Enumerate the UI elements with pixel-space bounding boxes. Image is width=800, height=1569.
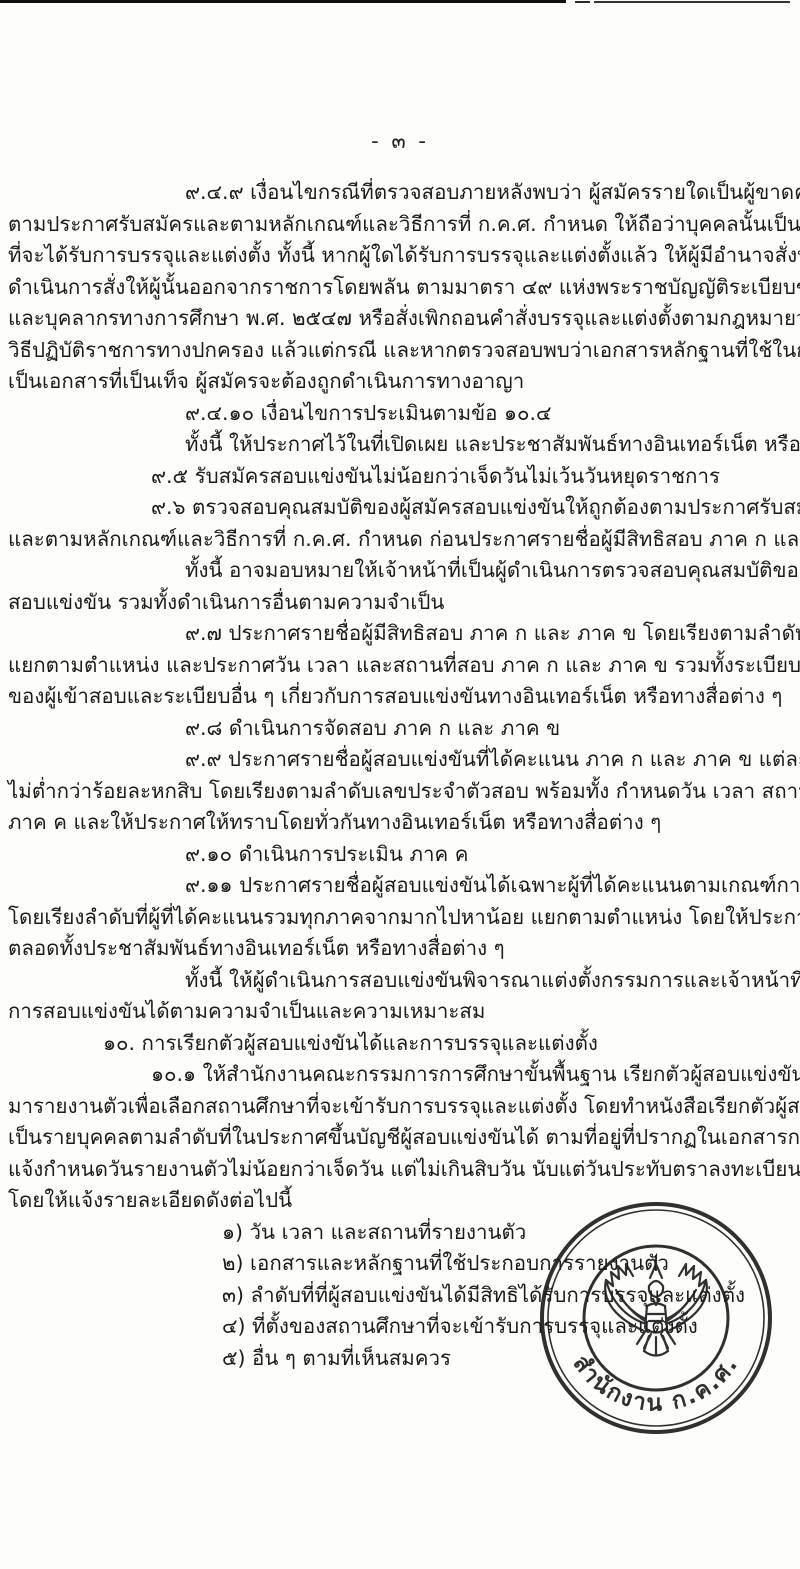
text-line: ที่จะได้รับการบรรจุและแต่งตั้ง ทั้งนี้ ห… xyxy=(0,240,800,272)
text-line: เป็นรายบุคคลตามลำดับที่ในประกาศขึ้นบัญชี… xyxy=(0,1122,800,1154)
garuda-emblem-icon xyxy=(605,1256,707,1356)
text-line: และบุคลากรทางการศึกษา พ.ศ. ๒๕๔๗ หรือสั่ง… xyxy=(0,303,800,335)
text-line: มารายงานตัวเพื่อเลือกสถานศึกษาที่จะเข้าร… xyxy=(0,1091,800,1123)
text-line: ทั้งนี้ ให้ผู้ดำเนินการสอบแข่งขันพิจารณา… xyxy=(0,965,800,997)
scan-artifact-line xyxy=(0,0,566,3)
text-line: ๙.๑๐ ดำเนินการประเมิน ภาค ค xyxy=(0,839,800,871)
text-line: ๙.๖ ตรวจสอบคุณสมบัติของผู้สมัครสอบแข่งขั… xyxy=(0,492,800,524)
text-line: ๙.๘ ดำเนินการจัดสอบ ภาค ก และ ภาค ข xyxy=(0,713,800,745)
document-body: ๙.๔.๙ เงื่อนไขกรณีที่ตรวจสอบภายหลังพบว่า… xyxy=(0,177,800,1374)
text-line: ๙.๔.๙ เงื่อนไขกรณีที่ตรวจสอบภายหลังพบว่า… xyxy=(0,177,800,209)
text-line: ๑๐. การเรียกตัวผู้สอบแข่งขันได้และการบรร… xyxy=(0,1028,800,1060)
text-line: ๙.๑๑ ประกาศรายชื่อผู้สอบแข่งขันได้เฉพาะผ… xyxy=(0,870,800,902)
text-line: ดำเนินการสั่งให้ผู้นั้นออกจากราชการโดยพล… xyxy=(0,272,800,304)
text-line: แจ้งกำหนดวันรายงานตัวไม่น้อยกว่าเจ็ดวัน … xyxy=(0,1154,800,1186)
text-line: ๙.๔.๑๐ เงื่อนไขการประเมินตามข้อ ๑๐.๔ xyxy=(0,398,800,430)
text-line: ตลอดทั้งประชาสัมพันธ์ทางอินเทอร์เน็ต หรื… xyxy=(0,933,800,965)
text-line: โดยเรียงลำดับที่ผู้ที่ได้คะแนนรวมทุกภาคจ… xyxy=(0,902,800,934)
text-line: ทั้งนี้ ให้ประกาศไว้ในที่เปิดเผย และประช… xyxy=(0,429,800,461)
text-line: และตามหลักเกณฑ์และวิธีการที่ ก.ค.ศ. กำหน… xyxy=(0,524,800,556)
scan-artifact-dash xyxy=(575,1,590,3)
text-line: ทั้งนี้ อาจมอบหมายให้เจ้าหน้าที่เป็นผู้ด… xyxy=(0,555,800,587)
text-line: ของผู้เข้าสอบและระเบียบอื่น ๆ เกี่ยวกับก… xyxy=(0,681,800,713)
scan-artifact-line-thin xyxy=(594,1,790,3)
text-line: ๙.๙ ประกาศรายชื่อผู้สอบแข่งขันที่ได้คะแน… xyxy=(0,744,800,776)
text-line: ภาค ค และให้ประกาศให้ทราบโดยทั่วกันทางอิ… xyxy=(0,807,800,839)
page-number: - ๓ - xyxy=(0,125,800,158)
text-line: แยกตามตำแหน่ง และประกาศวัน เวลา และสถานท… xyxy=(0,650,800,682)
text-line: การสอบแข่งขันได้ตามความจำเป็นและความเหมา… xyxy=(0,996,800,1028)
text-line: ๑๐.๑ ให้สำนักงานคณะกรรมการการศึกษาขั้นพื… xyxy=(0,1059,800,1091)
official-seal-stamp: สำนักงาน ก.ค.ศ. xyxy=(536,1198,776,1438)
text-line: เป็นเอกสารที่เป็นเท็จ ผู้สมัครจะต้องถูกด… xyxy=(0,366,800,398)
text-line: วิธีปฏิบัติราชการทางปกครอง แล้วแต่กรณี แ… xyxy=(0,335,800,367)
document-page: - ๓ - ๙.๔.๙ เงื่อนไขกรณีที่ตรวจสอบภายหลั… xyxy=(0,0,800,1569)
text-line: สอบแข่งขัน รวมทั้งดำเนินการอื่นตามความจำ… xyxy=(0,587,800,619)
text-line: ๙.๗ ประกาศรายชื่อผู้มีสิทธิสอบ ภาค ก และ… xyxy=(0,618,800,650)
text-line: ๙.๕ รับสมัครสอบแข่งขันไม่น้อยกว่าเจ็ดวัน… xyxy=(0,461,800,493)
text-line: ตามประกาศรับสมัครและตามหลักเกณฑ์และวิธีก… xyxy=(0,209,800,241)
text-line: ไม่ต่ำกว่าร้อยละหกสิบ โดยเรียงตามลำดับเล… xyxy=(0,776,800,808)
